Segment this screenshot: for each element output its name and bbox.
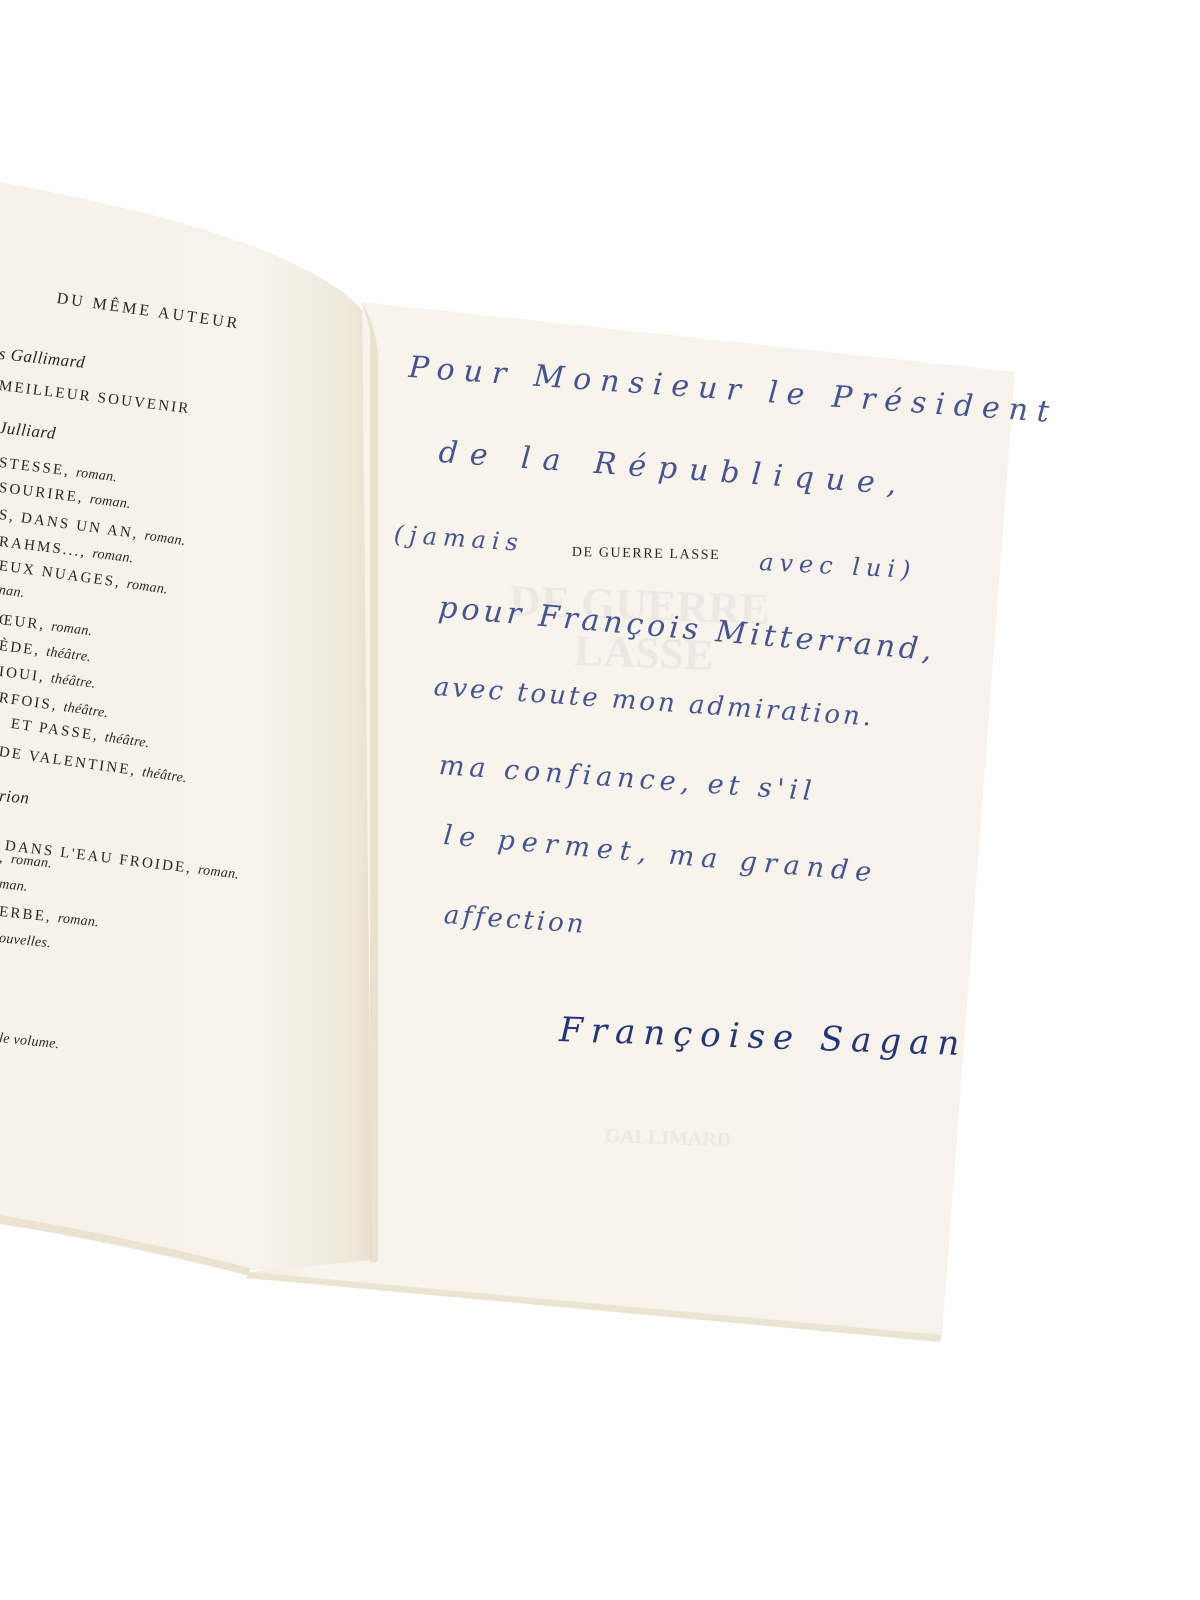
book-entry: ŒUR, roman. — [0, 612, 93, 640]
book-entry: ET PASSE, théâtre. — [10, 716, 151, 752]
book-entry: le volume. — [0, 1030, 60, 1053]
signature: Françoise Sagan — [559, 1010, 968, 1064]
left-page: DU MÊME AUTEUR s Gallimard MEILLEUR SOUV… — [0, 0, 1200, 1600]
book-entry: ÈDE, théâtre. — [0, 638, 92, 666]
book-entry: IOUI, théâtre. — [0, 664, 97, 693]
inscription-line: affection — [443, 900, 588, 940]
inscription-line: avec toute mon admiration. — [433, 672, 875, 733]
book-entry: ERBE, roman. — [0, 904, 100, 931]
book-entry: SOURIRE, roman. — [0, 480, 132, 513]
book-photo: DU MÊME AUTEUR s Gallimard MEILLEUR SOUV… — [0, 0, 1200, 1600]
left-page-shape — [0, 0, 1200, 1600]
book-entry: EUX NUAGES, roman. — [0, 558, 169, 599]
heading-du-meme-auteur: DU MÊME AUTEUR — [55, 290, 241, 334]
book-entry: nan. — [0, 582, 26, 602]
book-entry: DE VALENTINE, théâtre. — [0, 744, 188, 787]
printed-title: DE GUERRE LASSE — [572, 545, 721, 564]
showthrough-title-1: DE GUERRE — [508, 575, 770, 635]
book-entry: RFOIS, théâtre. — [0, 690, 109, 722]
inscription-line: ma confiance, et s'il — [438, 750, 818, 807]
inscription-line: de la République, — [438, 435, 910, 503]
showthrough-publisher: GALLIMARD — [604, 1125, 731, 1152]
book-entry: RAHMS..., roman. — [0, 534, 134, 567]
book-entry: ouvelles. — [0, 930, 52, 952]
publisher-line: Julliard — [0, 418, 57, 444]
right-page: DE GUERRE LASSE GALLIMARD DE GUERRE LASS… — [0, 0, 1200, 1600]
book-entry: , roman. — [0, 850, 53, 872]
inscription-line: (jamais — [393, 520, 525, 557]
inscription-line: avec lui) — [759, 548, 918, 584]
inscription-line: pour François Mitterrand, — [437, 590, 937, 668]
inscription-line: le permet, ma grande — [442, 820, 879, 889]
book-entry: DANS L'EAU FROIDE, roman. — [4, 838, 240, 884]
book-entry: MEILLEUR SOUVENIR — [0, 378, 191, 418]
book-entry: man. — [0, 876, 29, 896]
publisher-line: s Gallimard — [0, 344, 86, 373]
book-entry: S, DANS UN AN, roman. — [0, 507, 187, 550]
publisher-line: rion — [0, 786, 30, 809]
inscription-line: Pour Monsieur le Président — [408, 350, 1060, 430]
showthrough-title-2: LASSE — [573, 625, 714, 681]
book-entry: STESSE, roman. — [0, 455, 118, 486]
